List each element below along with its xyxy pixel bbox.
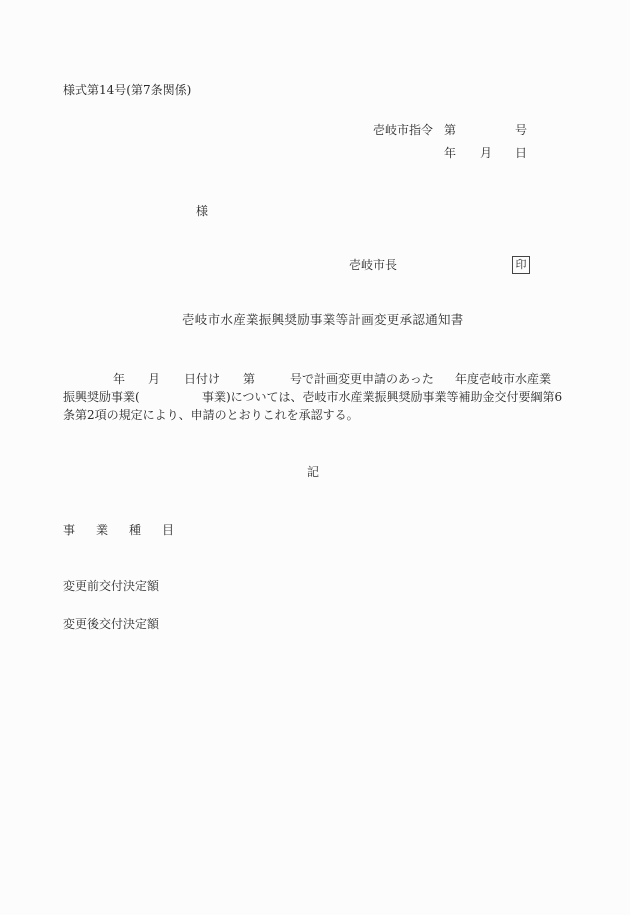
body-fiscal-text: 年度壱岐市水産業: [455, 373, 551, 385]
ki-heading: 記: [307, 466, 319, 478]
date-day-label: 日: [515, 147, 527, 159]
date-year-label: 年: [444, 147, 456, 159]
ref-go-label: 号: [515, 124, 527, 136]
document-title: 壱岐市水産業振興奨励事業等計画変更承認通知書: [182, 314, 464, 327]
body-day-dated: 日付け: [184, 373, 220, 385]
body-line2-rest: 事業)については、壱岐市水産業振興奨励事業等補助金交付要綱第6: [202, 391, 562, 403]
item-after-change-amount: 変更後交付決定額: [63, 618, 159, 630]
item-business-type-char-4: 目: [162, 524, 174, 536]
body-application-text: 号で計画変更申請のあった: [290, 373, 434, 385]
item-business-type-char-1: 事: [63, 524, 75, 536]
body-month: 月: [148, 373, 160, 385]
issuer-label: 壱岐市指令: [373, 124, 433, 136]
ref-dai-label: 第: [444, 124, 456, 136]
body-line2-start: 振興奨励事業(: [63, 391, 140, 403]
item-business-type-char-3: 種: [129, 524, 141, 536]
form-number: 様式第14号(第7条関係): [63, 84, 191, 96]
body-line3: 条第2項の規定により、申請のとおりこれを承認する。: [63, 409, 359, 421]
body-dai: 第: [243, 373, 255, 385]
date-month-label: 月: [480, 147, 492, 159]
sender-mayor: 壱岐市長: [349, 259, 397, 271]
item-before-change-amount: 変更前交付決定額: [63, 580, 159, 592]
item-business-type-char-2: 業: [96, 524, 108, 536]
seal-mark-icon: 印: [512, 256, 530, 274]
addressee-suffix: 様: [196, 205, 208, 217]
body-year: 年: [113, 373, 125, 385]
